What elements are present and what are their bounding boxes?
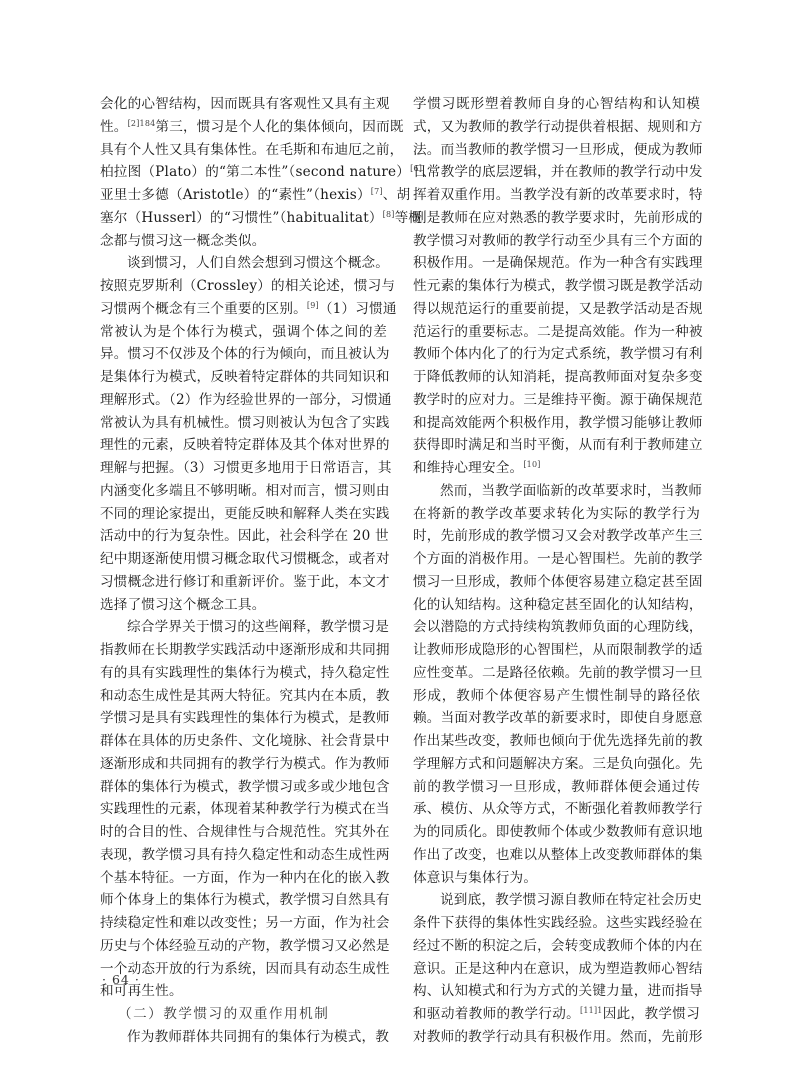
text-line: 纪中期逐渐使用惯习概念取代习惯概念，或者对 bbox=[100, 548, 387, 571]
text-line: 和提高效能两个积极作用，教学惯习能够让教师 bbox=[413, 412, 700, 435]
text-line: 群体的集体行为模式，教学惯习或多或少地包含 bbox=[100, 776, 387, 799]
text-line: 习惯两个概念有三个重要的区别。[9]（1）习惯通 bbox=[100, 298, 387, 321]
text-line: 内涵变化多端且不够明晰。相对而言，惯习则由 bbox=[100, 480, 387, 503]
paragraph-start: 谈到惯习，人们自然会想到习惯这个概念。 bbox=[100, 252, 387, 275]
text-line: 有的具有实践理性的集体行为模式，持久稳定性 bbox=[100, 662, 387, 685]
text-line: 和可再生性。 bbox=[100, 980, 387, 1003]
text-line: 让教师形成隐形的心智围栏，从而限制教学的适 bbox=[413, 639, 700, 662]
text-line: 一个动态开放的行为系统，因而具有动态生成性 bbox=[100, 958, 387, 981]
text-line: 形成，教师个体便容易产生惯性制导的路径依 bbox=[413, 685, 700, 708]
citation: [8] bbox=[383, 210, 395, 219]
text-line: 体意识与集体行为。 bbox=[413, 867, 700, 890]
paragraph-start: 综合学界关于惯习的这些阐释，教学惯习是 bbox=[100, 616, 387, 639]
citation: [10] bbox=[523, 460, 540, 469]
page-number: · 64 · bbox=[102, 972, 140, 987]
text-line: 选择了惯习这个概念工具。 bbox=[100, 594, 387, 617]
paragraph-start: 然而，当教学面临新的改革要求时，当教师 bbox=[413, 480, 700, 503]
text-line: 历史与个体经验互动的产物，教学惯习又必然是 bbox=[100, 935, 387, 958]
text-line: 日常教学的底层逻辑，并在教师的教学行动中发 bbox=[413, 161, 700, 184]
citation: [7] bbox=[371, 187, 383, 196]
text-line: 习惯概念进行修订和重新评价。鉴于此，本文才 bbox=[100, 571, 387, 594]
text-line: 塞尔（Husserl）的“习惯性”（habitualitat）[8]等概 bbox=[100, 207, 387, 230]
text-line: 惯习一旦形成，教师个体便容易建立稳定甚至固 bbox=[413, 571, 700, 594]
text-line: 会以潜隐的方式持续构筑教师负面的心理防线， bbox=[413, 616, 700, 639]
text-line: 是集体行为模式，反映着特定群体的共同知识和 bbox=[100, 366, 387, 389]
text-line: 不同的理论家提出，更能反映和解释人类在实践 bbox=[100, 503, 387, 526]
citation: [2]184 bbox=[128, 119, 156, 128]
left-column: 会化的心智结构，因而既具有客观性又具有主观 性。[2]184第三，惯习是个人化的… bbox=[100, 93, 387, 1049]
text-line: 群体在具体的历史条件、文化境脉、社会背景中 bbox=[100, 730, 387, 753]
text-line: 按照克罗斯利（Crossley）的相关论述，惯习与 bbox=[100, 275, 387, 298]
text-line: 作出某些改变，教师也倾向于优先选择先前的教 bbox=[413, 730, 700, 753]
text-line: 个方面的消极作用。一是心智围栏。先前的教学 bbox=[413, 548, 700, 571]
text-line: 和维持心理安全。[10] bbox=[413, 457, 700, 480]
paragraph-start: 说到底，教学惯习源自教师在特定社会历史 bbox=[413, 889, 700, 912]
text-line: 和动态生成性是其两大特征。究其内在本质，教 bbox=[100, 685, 387, 708]
text-line: 具有个人性又具有集体性。在毛斯和布迪厄之前， bbox=[100, 139, 387, 162]
text-line: 常被认为具有机械性。惯习则被认为包含了实践 bbox=[100, 412, 387, 435]
text-line: 别是教师在应对熟悉的教学要求时，先前形成的 bbox=[413, 207, 700, 230]
text-line: 应性变革。二是路径依赖。先前的教学惯习一旦 bbox=[413, 662, 700, 685]
text-line: 师个体身上的集体行为模式，教学惯习自然具有 bbox=[100, 889, 387, 912]
right-column: 学惯习既形塑着教师自身的心智结构和认知模 式，又为教师的教学行动提供着根据、规则… bbox=[413, 93, 700, 1049]
text-line: 时，先前形成的教学惯习又会对教学改革产生三 bbox=[413, 525, 700, 548]
text-line: 持续稳定性和难以改变性；另一方面，作为社会 bbox=[100, 912, 387, 935]
paragraph-start: 作为教师群体共同拥有的集体行为模式，教 bbox=[100, 1026, 387, 1049]
text-line: 活动中的行为复杂性。因此，社会科学在 20 世 bbox=[100, 525, 387, 548]
text-line: 范运行的重要标志。二是提高效能。作为一种被 bbox=[413, 321, 700, 344]
text-line: 经过不断的积淀之后，会转变成教师个体的内在 bbox=[413, 935, 700, 958]
text-line: 教学惯习对教师的教学行动至少具有三个方面的 bbox=[413, 230, 700, 253]
text-line: 个基本特征。一方面，作为一种内在化的嵌入教 bbox=[100, 867, 387, 890]
text-line: 法。而当教师的教学惯习一旦形成，便成为教师 bbox=[413, 139, 700, 162]
text-line: 理解与把握。（3）习惯更多地用于日常语言，其 bbox=[100, 457, 387, 480]
text-line: 和驱动着教师的教学行动。[11]1因此，教学惯习 bbox=[413, 1003, 700, 1026]
text-line: 念都与惯习这一概念类似。 bbox=[100, 230, 387, 253]
citation: [9] bbox=[307, 301, 319, 310]
text-line: 实践理性的元素，体现着某种教学行为模式在当 bbox=[100, 798, 387, 821]
text-line: 表现，教学惯习具有持久稳定性和动态生成性两 bbox=[100, 844, 387, 867]
text-line: 时的合目的性、合规律性与合规范性。究其外在 bbox=[100, 821, 387, 844]
text-line: 学理解方式和问题解决方案。三是负向强化。先 bbox=[413, 753, 700, 776]
text-line: 为的同质化。即使教师个体或少数教师有意识地 bbox=[413, 821, 700, 844]
text-line: 于降低教师的认知消耗，提高教师面对复杂多变 bbox=[413, 366, 700, 389]
text-line: 前的教学惯习一旦形成，教师群体便会通过传 bbox=[413, 776, 700, 799]
text-line: 作出了改变，也难以从整体上改变教师群体的集 bbox=[413, 844, 700, 867]
text-line: 理性的元素，反映着特定群体及其个体对世界的 bbox=[100, 434, 387, 457]
text-line: 教师个体内化了的行为定式系统，教学惯习有利 bbox=[413, 343, 700, 366]
text-line: 挥着双重作用。当教学没有新的改革要求时，特 bbox=[413, 184, 700, 207]
text-line: 理解形式。（2）作为经验世界的一部分，习惯通 bbox=[100, 389, 387, 412]
text-line: 亚里士多德（Aristotle）的“素性”（hexis）[7]、胡 bbox=[100, 184, 387, 207]
text-line: 条件下获得的集体性实践经验。这些实践经验在 bbox=[413, 912, 700, 935]
text-line: 赖。当面对教学改革的新要求时，即使自身愿意 bbox=[413, 707, 700, 730]
text-line: 对教师的教学行动具有积极作用。然而，先前形 bbox=[413, 1026, 700, 1049]
text-line: 异。惯习不仅涉及个体的行为倾向，而且被认为 bbox=[100, 343, 387, 366]
text-line: 指教师在长期教学实践活动中逐渐形成和共同拥 bbox=[100, 639, 387, 662]
text-line: 柏拉图（Plato）的“第二本性”（second nature）[6]、 bbox=[100, 161, 387, 184]
text-line: 学惯习是具有实践理性的集体行为模式，是教师 bbox=[100, 707, 387, 730]
text-line: 性元素的集体行为模式，教学惯习既是教学活动 bbox=[413, 275, 700, 298]
text-line: 获得即时满足和当时平衡，从而有利于教师建立 bbox=[413, 434, 700, 457]
text-line: 学惯习既形塑着教师自身的心智结构和认知模 bbox=[413, 93, 700, 116]
citation: [11]1 bbox=[580, 1006, 603, 1015]
text-line: 教学时的应对力。三是维持平衡。源于确保规范 bbox=[413, 389, 700, 412]
text-line: 化的认知结构。这种稳定甚至固化的认知结构， bbox=[413, 594, 700, 617]
text-line: 构、认知模式和行为方式的关键力量，进而指导 bbox=[413, 980, 700, 1003]
text-line: 得以规范运行的重要前提，又是教学活动是否规 bbox=[413, 298, 700, 321]
text-line: 式，又为教师的教学行动提供着根据、规则和方 bbox=[413, 116, 700, 139]
text-line: 逐渐形成和共同拥有的教学行为模式。作为教师 bbox=[100, 753, 387, 776]
text-line: 在将新的教学改革要求转化为实际的教学行为 bbox=[413, 503, 700, 526]
text-line: 承、模仿、从众等方式，不断强化着教师教学行 bbox=[413, 798, 700, 821]
text-line: 积极作用。一是确保规范。作为一种含有实践理 bbox=[413, 252, 700, 275]
text-line: 意识。正是这种内在意识，成为塑造教师心智结 bbox=[413, 958, 700, 981]
text-line: 常被认为是个体行为模式，强调个体之间的差 bbox=[100, 321, 387, 344]
text-line: 会化的心智结构，因而既具有客观性又具有主观 bbox=[100, 93, 387, 116]
text-line: 性。[2]184第三，惯习是个人化的集体倾向，因而既 bbox=[100, 116, 387, 139]
section-heading: （二）教学惯习的双重作用机制 bbox=[100, 1003, 387, 1026]
